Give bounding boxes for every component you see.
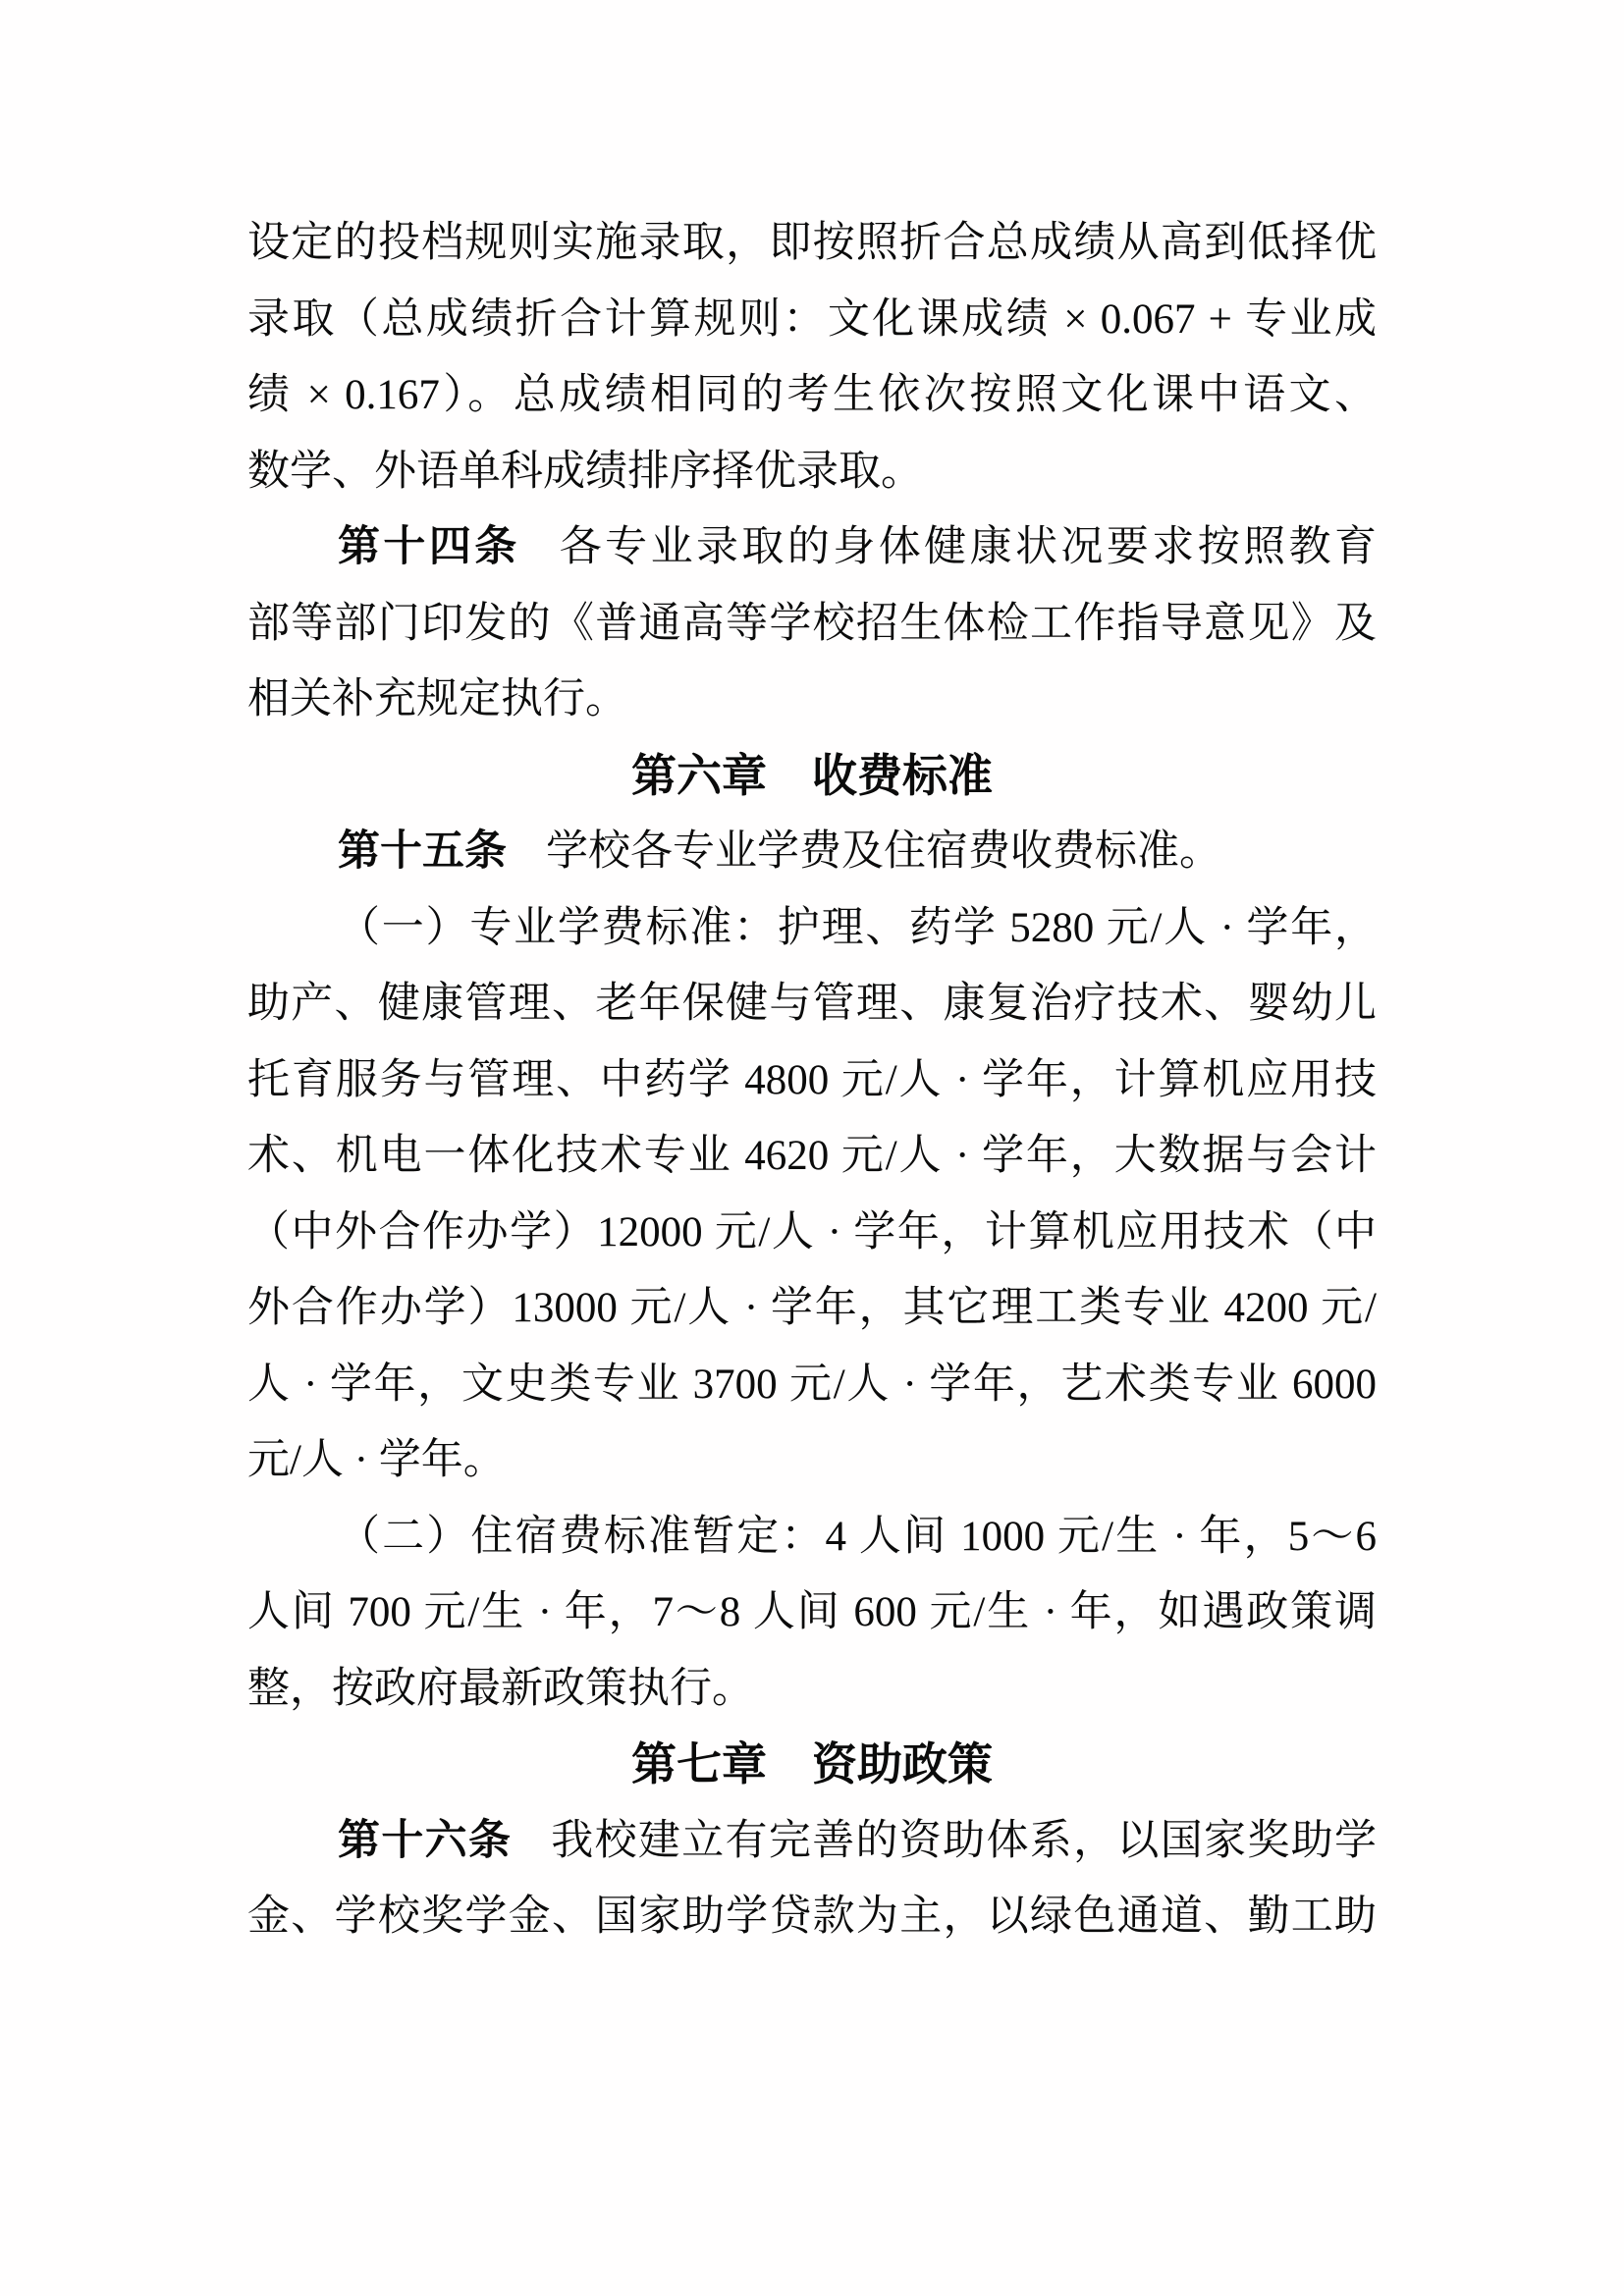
chapter-heading: 第七章 资助政策 bbox=[247, 1727, 1377, 1803]
line-text: 学校各专业学费及住宿费收费标准。 bbox=[546, 828, 1221, 875]
line-text: 我校建立有完善的资助体系，以国家奖助学 bbox=[551, 1818, 1377, 1864]
text-block: 设定的投档规则实施录取，即按照折合总成绩从高到低择优录取（总成绩折合计算规则：文… bbox=[247, 205, 1377, 1955]
text-line: 术、机电一体化技术专业 4620 元/人 · 学年，大数据与会计 bbox=[247, 1118, 1377, 1195]
article-number: 第十五条 bbox=[338, 828, 507, 875]
text-line: 部等部门印发的《普通高等学校招生体检工作指导意见》及 bbox=[247, 586, 1377, 663]
text-line: 金、学校奖学金、国家助学贷款为主，以绿色通道、勤工助 bbox=[247, 1879, 1377, 1955]
article-number: 第十四条 bbox=[338, 524, 520, 570]
text-line: 助产、健康管理、老年保健与管理、康复治疗技术、婴幼儿 bbox=[247, 966, 1377, 1042]
text-line: （中外合作办学）12000 元/人 · 学年，计算机应用技术（中 bbox=[247, 1195, 1377, 1271]
document-page: 设定的投档规则实施录取，即按照折合总成绩从高到低择优录取（总成绩折合计算规则：文… bbox=[0, 0, 1624, 2296]
text-line: 第十六条我校建立有完善的资助体系，以国家奖助学 bbox=[247, 1803, 1377, 1880]
text-line: 元/人 · 学年。 bbox=[247, 1422, 1377, 1499]
text-line: （一）专业学费标准：护理、药学 5280 元/人 · 学年， bbox=[247, 890, 1377, 967]
text-line: 相关补充规定执行。 bbox=[247, 662, 1377, 738]
chapter-heading: 第六章 收费标准 bbox=[247, 738, 1377, 815]
line-text: 各专业录取的身体健康状况要求按照教育 bbox=[560, 524, 1377, 570]
text-line: 整，按政府最新政策执行。 bbox=[247, 1651, 1377, 1728]
text-line: 外合作办学）13000 元/人 · 学年，其它理工类专业 4200 元/ bbox=[247, 1270, 1377, 1347]
text-line: 数学、外语单科成绩排序择优录取。 bbox=[247, 434, 1377, 510]
text-line: （二）住宿费标准暂定：4 人间 1000 元/生 · 年，5～6 bbox=[247, 1499, 1377, 1575]
article-number: 第十六条 bbox=[338, 1818, 512, 1864]
text-line: 第十五条学校各专业学费及住宿费收费标准。 bbox=[247, 814, 1377, 890]
text-line: 人 · 学年，文史类专业 3700 元/人 · 学年，艺术类专业 6000 bbox=[247, 1347, 1377, 1423]
text-line: 绩 × 0.167）。总成绩相同的考生依次按照文化课中语文、 bbox=[247, 357, 1377, 434]
text-line: 第十四条各专业录取的身体健康状况要求按照教育 bbox=[247, 509, 1377, 586]
text-line: 录取（总成绩折合计算规则：文化课成绩 × 0.067 + 专业成 bbox=[247, 282, 1377, 358]
text-line: 人间 700 元/生 · 年，7～8 人间 600 元/生 · 年，如遇政策调 bbox=[247, 1575, 1377, 1651]
text-line: 设定的投档规则实施录取，即按照折合总成绩从高到低择优 bbox=[247, 205, 1377, 282]
text-line: 托育服务与管理、中药学 4800 元/人 · 学年，计算机应用技 bbox=[247, 1042, 1377, 1119]
